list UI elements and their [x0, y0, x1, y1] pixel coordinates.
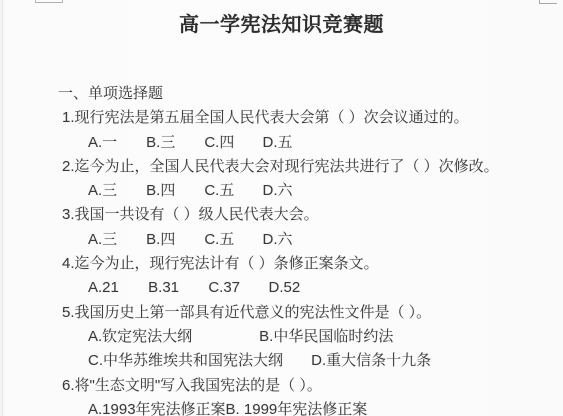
question-5-options-row1: A.钦定宪法大纲 B.中华民国临时约法 — [88, 325, 553, 349]
option-1a: A.一 — [88, 131, 142, 155]
option-5d: D.重大信条十九条 — [311, 349, 431, 373]
option-4b: B.31 — [148, 276, 204, 300]
question-3-text: 3.我国一共设有（ ）级人民代表大会。 — [62, 203, 553, 227]
question-1-text: 1.现行宪法是第五届全国人民代表大会第（ ）次会议通过的。 — [62, 106, 553, 130]
cutoff-ui-fragment-left — [35, 0, 63, 3]
question-6-text: 6.将"生态文明"写入我国宪法的是（ ）。 — [62, 374, 553, 398]
section-heading: 一、单项选择题 — [58, 82, 553, 106]
option-2b: B.四 — [146, 179, 200, 203]
option-3d: D.六 — [263, 228, 293, 252]
page-edge-line — [2, 0, 3, 416]
option-5b: B.中华民国临时约法 — [259, 325, 393, 349]
option-2c: C.五 — [204, 179, 258, 203]
option-5a: A.钦定宪法大纲 — [88, 325, 255, 349]
option-2a: A.三 — [88, 179, 142, 203]
question-6-options: A.1993年宪法修正案B. 1999年宪法修正案 — [88, 398, 553, 416]
document-page: 高一学宪法知识竞赛题 一、单项选择题 1.现行宪法是第五届全国人民代表大会第（ … — [0, 0, 563, 416]
option-1b: B.三 — [146, 131, 200, 155]
quiz-content: 一、单项选择题 1.现行宪法是第五届全国人民代表大会第（ ）次会议通过的。 A.… — [58, 82, 553, 416]
option-1d: D.五 — [263, 131, 293, 155]
option-3b: B.四 — [146, 228, 200, 252]
option-3a: A.三 — [88, 228, 142, 252]
option-3c: C.五 — [204, 228, 258, 252]
option-4a: A.21 — [88, 276, 144, 300]
question-5-options-row2: C.中华苏维埃共和国宪法大纲 D.重大信条十九条 — [88, 349, 553, 373]
option-2d: D.六 — [263, 179, 293, 203]
page-title: 高一学宪法知识竞赛题 — [0, 8, 563, 37]
option-1c: C.四 — [204, 131, 258, 155]
cutoff-ui-fragment-right — [539, 0, 557, 4]
option-5c: C.中华苏维埃共和国宪法大纲 — [88, 349, 307, 373]
option-4c: C.37 — [208, 276, 264, 300]
question-2-options: A.三 B.四 C.五 D.六 — [88, 179, 553, 203]
option-4d: D.52 — [269, 276, 301, 300]
question-1-options: A.一 B.三 C.四 D.五 — [88, 131, 553, 155]
question-4-options: A.21 B.31 C.37 D.52 — [88, 276, 553, 300]
question-3-options: A.三 B.四 C.五 D.六 — [88, 228, 553, 252]
option-6ab: A.1993年宪法修正案B. 1999年宪法修正案 — [88, 398, 367, 416]
question-4-text: 4.迄今为止，现行宪法计有（ ）条修正案条文。 — [62, 252, 553, 276]
question-2-text: 2.迄今为止，全国人民代表大会对现行宪法共进行了（ ）次修改。 — [62, 155, 553, 179]
question-5-text: 5.我国历史上第一部具有近代意义的宪法性文件是（ ）。 — [62, 301, 553, 325]
